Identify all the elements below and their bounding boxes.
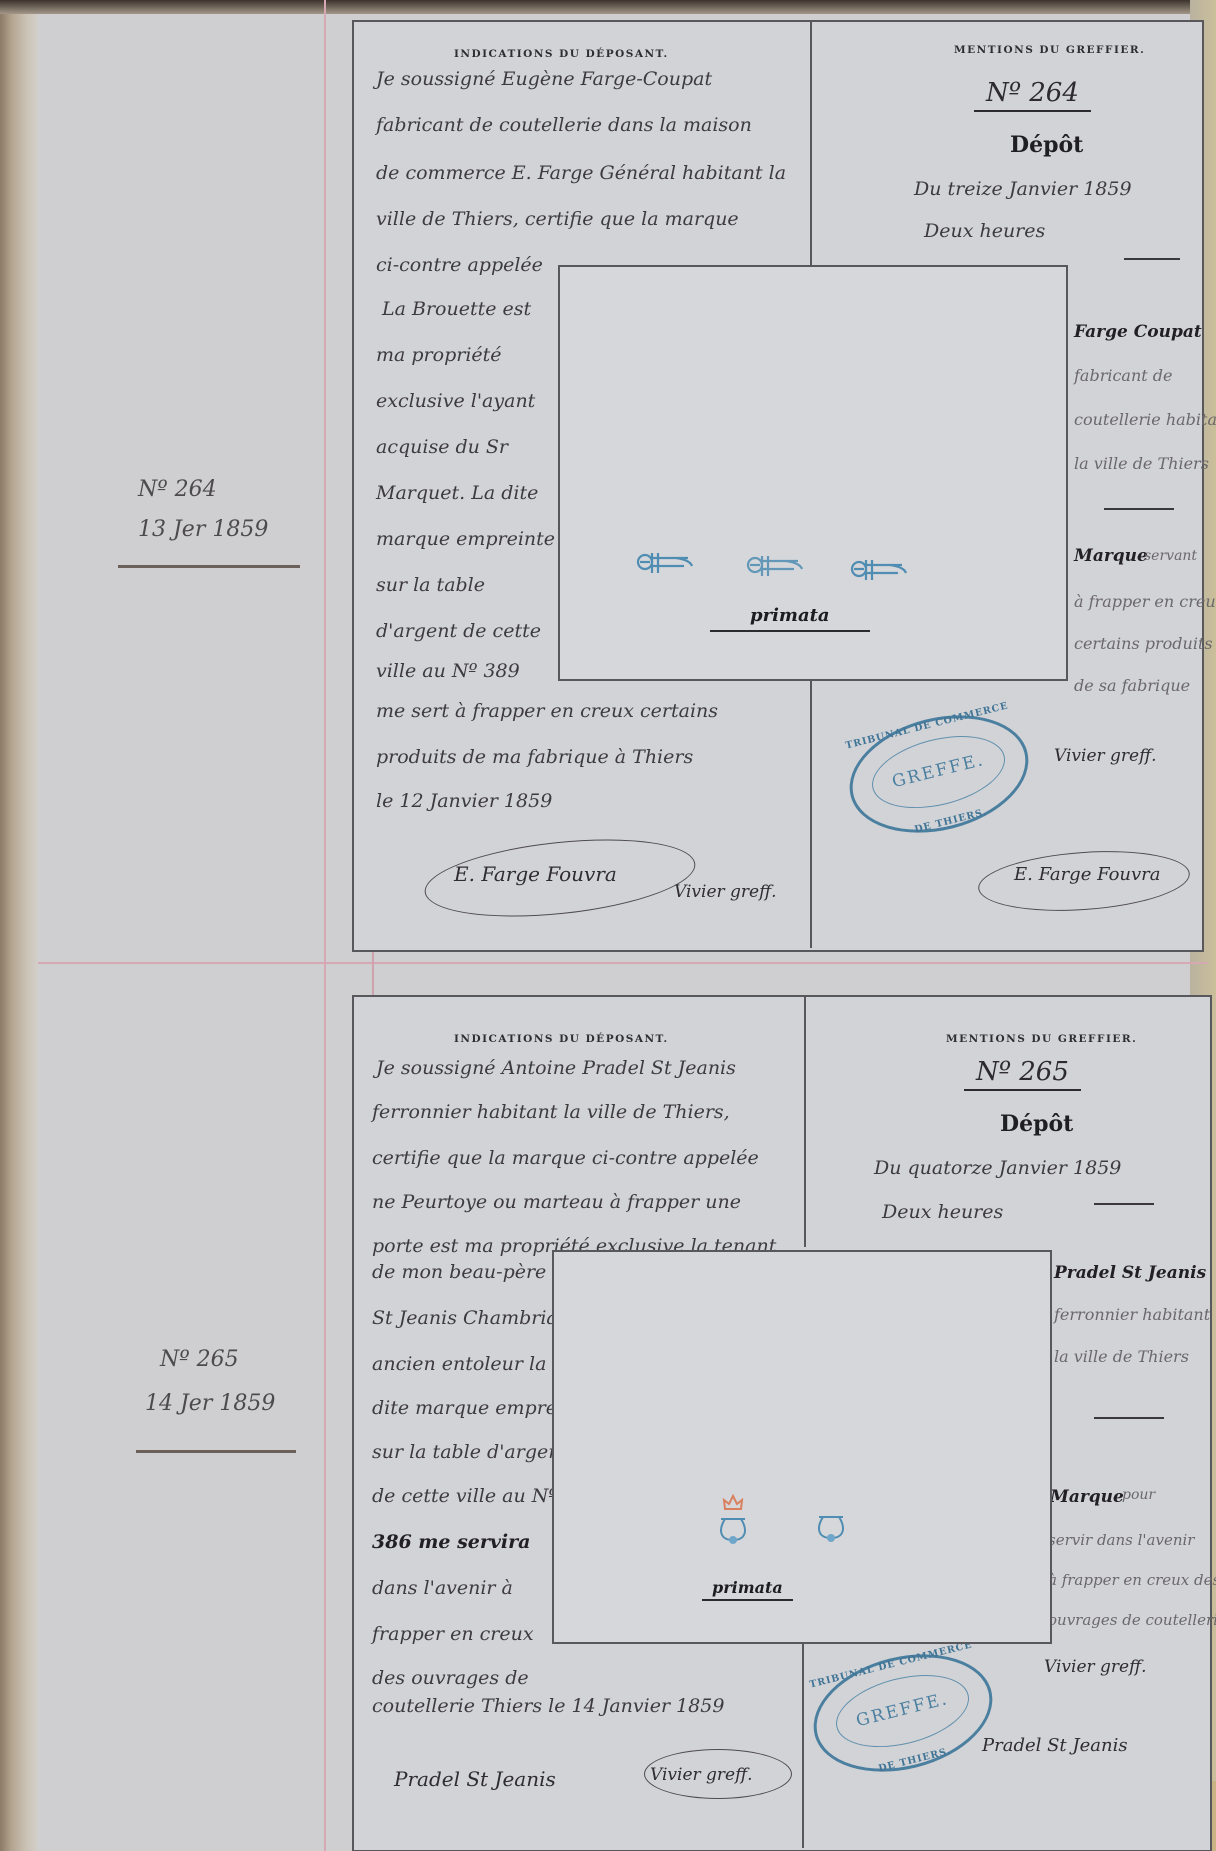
depositor-line: des ouvrages de [372,1667,529,1689]
brouette-mark-icon [850,554,910,584]
depositor-line: certifie que la marque ci-contre appelée [372,1147,759,1169]
column-divider [802,1637,804,1848]
depositor-signature: Pradel St Jeanis [394,1767,556,1791]
ledger-rule [136,1450,296,1453]
depositor-line: acquise du Sr [376,436,508,458]
rule [1124,258,1180,260]
ledger-entry-date: 13 Jer 1859 [138,510,268,550]
depositor-line: me sert à frapper en creux certains [376,700,718,722]
depositor-line: Je soussigné Antoine Pradel St Jeanis [376,1057,736,1079]
greffe-stamp: TRIBUNAL DE COMMERCE GREFFE. DE THIERS. [801,1637,1005,1790]
depositor-line: le 12 Janvier 1859 [376,790,552,812]
depositor-line: frapper en creux [372,1623,534,1645]
note-line: pour [1122,1487,1155,1503]
ledger-entry-number: Nº 264 [138,470,217,510]
depositor-line: Marquet. La dite [376,482,538,504]
door-knocker-mark-icon [716,1516,750,1548]
depositor-line: Je soussigné Eugène Farge-Coupat [376,68,712,90]
clerk-date-line: Du treize Janvier 1859 [914,178,1132,200]
clerk-column-heading: MENTIONS DU GREFFIER. [946,1033,1137,1045]
depositor-column-heading: INDICATIONS DU DÉPOSANT. [454,1033,669,1045]
column-divider [810,22,812,267]
depositor-line: ferronnier habitant la ville de Thiers, [372,1101,730,1123]
door-knocker-mark-icon [814,1514,848,1546]
depositor-signature: E. Farge Fouvra [454,862,617,886]
rule [1094,1203,1154,1205]
depositor-line: de cette ville au Nº [372,1485,557,1507]
depositor-line: 386 me servira [372,1531,530,1553]
ledger-entry-date: 14 Jer 1859 [145,1384,275,1424]
column-divider [810,679,812,948]
ledger-rule [118,565,300,568]
depositor-line: ne Peurtoye ou marteau à frapper une [372,1191,741,1213]
clerk-entry-number: Nº 265 [964,1057,1081,1091]
brouette-mark-icon [746,550,806,580]
note-line: ouvrages de coutellerie [1048,1611,1216,1629]
depositor-line: produits de ma fabrique à Thiers [376,746,693,768]
depositor-line: St Jeanis Chambrias [372,1307,568,1329]
depositor-line: La Brouette est [382,298,531,320]
depositor-line: fabricant de coutellerie dans la maison [376,114,752,136]
clerk-column-heading: MENTIONS DU GREFFIER. [954,44,1145,56]
depositor-line: ma propriété [376,344,502,366]
mark-caption: primata [710,605,870,632]
note-title: Pradel St Jeanis [1054,1263,1206,1283]
margin-rule-horizontal [38,962,1208,964]
crown-icon [722,1494,744,1512]
depositor-line: exclusive l'ayant [376,390,535,412]
clerk-signature: Vivier greff. [1054,746,1157,766]
book-spine [0,0,38,1851]
depositor-line: de mon beau-père [372,1261,546,1283]
column-divider [804,997,806,1247]
depositor-line: d'argent de cette [376,620,541,642]
greffe-stamp: TRIBUNAL DE COMMERCE GREFFE. DE THIERS. [837,698,1041,851]
clerk-date-line: Du quatorze Janvier 1859 [874,1157,1121,1179]
depositor-line: dans l'avenir à [372,1577,513,1599]
note-line: coutellerie habitant [1074,410,1216,429]
depositor-line: sur la table [376,574,485,596]
depositor-line: ville au Nº 389 [376,660,520,682]
margin-rule-vertical [324,0,326,1851]
depositor-line: marque empreinte [376,528,555,550]
mark-impression-box: primata [558,265,1068,681]
note-line: ferronnier habitant [1054,1305,1210,1324]
note-line: certains produits [1074,634,1213,653]
depositor-line: de commerce E. Farge Général habitant la [376,162,786,184]
depot-label: Dépôt [1000,1111,1073,1137]
depositor-line: ancien entoleur la [372,1353,546,1375]
note-line: de sa fabrique [1074,676,1190,695]
depositor-line: ci-contre appelée [376,254,543,276]
mark-caption: primata [702,1578,793,1601]
depositor-line: coutellerie Thiers le 14 Janvier 1859 [372,1695,724,1717]
depot-label: Dépôt [1010,132,1083,158]
clerk-signature: Vivier greff. [1044,1657,1147,1677]
clerk-signature: Vivier greff. [650,1765,753,1785]
brouette-mark-icon [636,547,696,577]
mark-impression-box: primata [552,1250,1052,1644]
clerk-entry-number: Nº 264 [974,78,1091,112]
register-page: Nº 264 13 Jer 1859 INDICATIONS DU DÉPOSA… [0,0,1216,1851]
clerk-time-line: Deux heures [924,220,1045,242]
note-line: servant [1144,548,1197,564]
depositor-signature: Pradel St Jeanis [982,1735,1128,1756]
depositor-line: sur la table d'argent [372,1441,568,1463]
rule [1104,508,1174,510]
note-title: Marque [1050,1487,1124,1507]
note-line: fabricant de [1074,366,1173,385]
note-line: la ville de Thiers [1054,1347,1189,1366]
note-line: servir dans l'avenir [1048,1531,1194,1549]
depositor-line: ville de Thiers, certifie que la marque [376,208,739,230]
page-top-edge [0,0,1216,14]
depositor-column-heading: INDICATIONS DU DÉPOSANT. [454,48,669,60]
note-line: à frapper en creux des [1048,1571,1216,1589]
clerk-time-line: Deux heures [882,1201,1003,1223]
note-line: à frapper en creux [1074,592,1216,611]
rule [1094,1417,1164,1419]
note-title: Farge Coupat [1074,322,1202,342]
clerk-signature: Vivier greff. [674,882,777,902]
note-line: la ville de Thiers [1074,454,1209,473]
depositor-signature: E. Farge Fouvra [1014,864,1161,885]
ledger-entry-number: Nº 265 [160,1340,239,1380]
note-title: Marque [1074,546,1148,566]
